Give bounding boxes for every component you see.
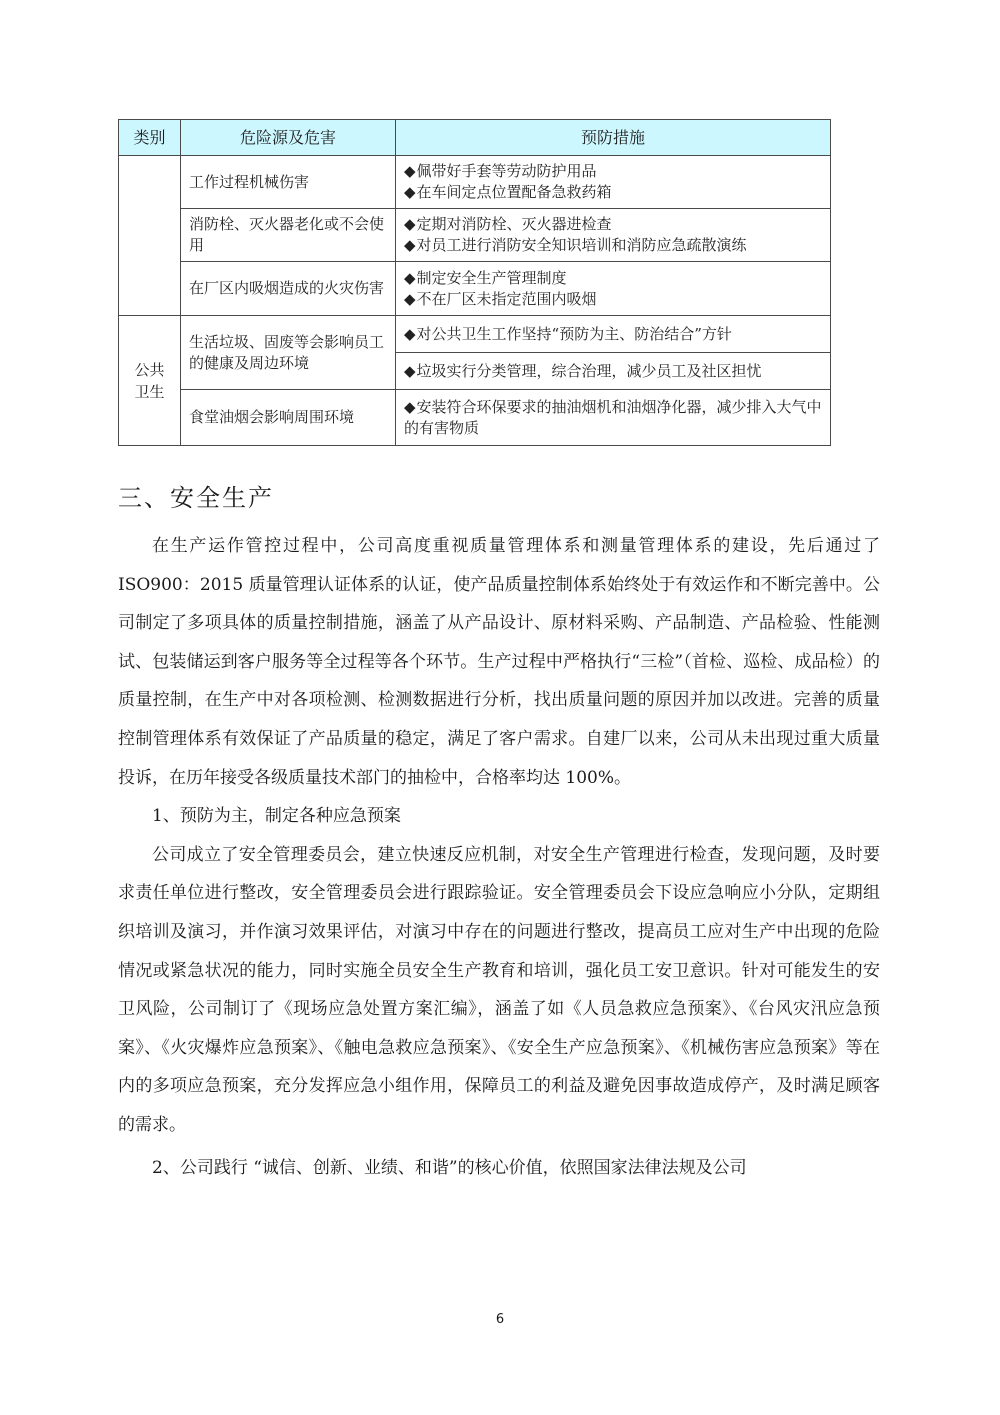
- category-cell: [119, 156, 181, 316]
- document-page: 类别 危险源及危害 预防措施 工作过程机械伤害 ◆佩带好手套等劳动防护用品 ◆在…: [0, 0, 1000, 1415]
- diamond-bullet-icon: ◆: [404, 236, 416, 254]
- paragraph: 2、公司践行 “诚信、创新、业绩、和谐”的核心价值，依照国家法律法规及公司: [118, 1149, 880, 1188]
- diamond-bullet-icon: ◆: [404, 162, 416, 180]
- diamond-bullet-icon: ◆: [404, 398, 416, 416]
- measures-cell: ◆制定安全生产管理制度 ◆不在厂区未指定范围内吸烟: [396, 262, 831, 316]
- measures-cell: ◆垃圾实行分类管理，综合治理，减少员工及社区担忧: [396, 353, 831, 390]
- header-category: 类别: [119, 120, 181, 156]
- measure-item: ◆定期对消防栓、灭火器进检查: [404, 214, 822, 235]
- diamond-bullet-icon: ◆: [404, 290, 416, 308]
- hazard-cell: 生活垃圾、固废等会影响员工的健康及周边环境: [181, 316, 396, 390]
- hazard-cell: 工作过程机械伤害: [181, 156, 396, 209]
- hazard-cell: 在厂区内吸烟造成的火灾伤害: [181, 262, 396, 316]
- table-row: 在厂区内吸烟造成的火灾伤害 ◆制定安全生产管理制度 ◆不在厂区未指定范围内吸烟: [119, 262, 831, 316]
- table-row: 食堂油烟会影响周围环境 ◆安装符合环保要求的抽油烟机和油烟净化器，减少排入大气中…: [119, 390, 831, 446]
- section-heading: 三、安全生产: [118, 478, 274, 513]
- section-body: 在生产运作管控过程中，公司高度重视质量管理体系和测量管理体系的建设，先后通过了 …: [118, 527, 880, 1187]
- measure-item: ◆不在厂区未指定范围内吸烟: [404, 289, 822, 310]
- header-measures: 预防措施: [396, 120, 831, 156]
- table-row: 工作过程机械伤害 ◆佩带好手套等劳动防护用品 ◆在车间定点位置配备急救药箱: [119, 156, 831, 209]
- subheading: 1、预防为主，制定各种应急预案: [118, 797, 880, 836]
- measures-cell: ◆对公共卫生工作坚持“预防为主、防治结合”方针: [396, 316, 831, 353]
- measure-item: ◆安装符合环保要求的抽油烟机和油烟净化器，减少排入大气中的有害物质: [404, 397, 822, 439]
- paragraph: 在生产运作管控过程中，公司高度重视质量管理体系和测量管理体系的建设，先后通过了 …: [118, 527, 880, 797]
- measures-cell: ◆佩带好手套等劳动防护用品 ◆在车间定点位置配备急救药箱: [396, 156, 831, 209]
- table-header-row: 类别 危险源及危害 预防措施: [119, 120, 831, 156]
- diamond-bullet-icon: ◆: [404, 325, 416, 343]
- diamond-bullet-icon: ◆: [404, 215, 416, 233]
- diamond-bullet-icon: ◆: [404, 362, 416, 380]
- measure-item: ◆垃圾实行分类管理，综合治理，减少员工及社区担忧: [404, 361, 822, 382]
- measure-item: ◆佩带好手套等劳动防护用品: [404, 161, 822, 182]
- measure-item: ◆在车间定点位置配备急救药箱: [404, 182, 822, 203]
- category-cell: 公共卫生: [119, 316, 181, 446]
- measures-cell: ◆安装符合环保要求的抽油烟机和油烟净化器，减少排入大气中的有害物质: [396, 390, 831, 446]
- measure-item: ◆制定安全生产管理制度: [404, 268, 822, 289]
- measure-item: ◆对员工进行消防安全知识培训和消防应急疏散演练: [404, 235, 822, 256]
- hazard-prevention-table: 类别 危险源及危害 预防措施 工作过程机械伤害 ◆佩带好手套等劳动防护用品 ◆在…: [118, 119, 831, 446]
- paragraph: 公司成立了安全管理委员会，建立快速反应机制，对安全生产管理进行检查，发现问题，及…: [118, 836, 880, 1145]
- measures-cell: ◆定期对消防栓、灭火器进检查 ◆对员工进行消防安全知识培训和消防应急疏散演练: [396, 209, 831, 262]
- table-row: 消防栓、灭火器老化或不会使用 ◆定期对消防栓、灭火器进检查 ◆对员工进行消防安全…: [119, 209, 831, 262]
- table-row: 公共卫生 生活垃圾、固废等会影响员工的健康及周边环境 ◆对公共卫生工作坚持“预防…: [119, 316, 831, 353]
- hazard-cell: 食堂油烟会影响周围环境: [181, 390, 396, 446]
- diamond-bullet-icon: ◆: [404, 269, 416, 287]
- measure-item: ◆对公共卫生工作坚持“预防为主、防治结合”方针: [404, 324, 822, 345]
- page-number: 6: [0, 1312, 1000, 1327]
- hazard-cell: 消防栓、灭火器老化或不会使用: [181, 209, 396, 262]
- header-hazard: 危险源及危害: [181, 120, 396, 156]
- diamond-bullet-icon: ◆: [404, 183, 416, 201]
